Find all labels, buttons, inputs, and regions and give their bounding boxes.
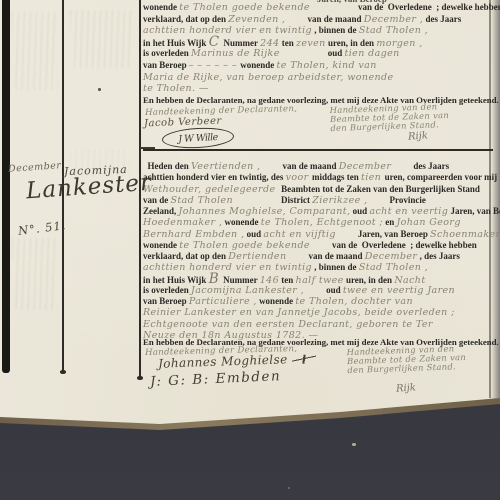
previous-record-text: wonende te Tholen goede bekendevan de Ov… [143,2,495,95]
printed-text: verklaard, dat op den [143,14,228,24]
printed-text: , binnen de [312,262,359,272]
text-line: verklaard, dat op den Dertiendenvan de m… [143,251,495,262]
margin-month: December [8,160,62,175]
text-line: is overleden Jacomijna Lankester ,oud tw… [143,285,495,296]
printed-text: in het Huis Wijk [143,275,209,285]
printed-text: uren, in den [326,38,377,48]
handwritten-text: Johan Georg [396,217,460,228]
printed-text: verklaard, dat op den [143,251,228,261]
handwritten-text: December , [364,14,423,25]
ink-bleed-through [12,12,58,90]
text-line: in het Huis Wijk B Nummer 146 ten half t… [143,274,495,285]
signature-caption-official: Handteekening van den Beambte tot de Zak… [330,102,450,133]
ink-bleed-through [70,10,132,68]
printed-text: middags ten [312,172,361,182]
handwritten-text: tien dagen [345,48,400,59]
margin-act-number: N°. 51. [17,218,67,238]
printed-text: en [383,217,397,227]
handwritten-text: Reinier Lankester en van Jannetje Jacobs… [143,307,455,318]
printed-text: oud [328,48,345,58]
official-signature: Rijk [396,382,417,394]
printed-text: Beambten tot de Zaken van den Burgerlijk… [279,184,480,194]
printed-text: oud [244,229,263,239]
handwritten-text: C [209,34,219,50]
printed-text: van de maand [282,161,338,171]
signature-flourish-oval: J W Wille [162,126,235,150]
text-line: Reinier Lankester en van Jannetje Jacobs… [143,307,495,318]
printed-text: oud [350,206,369,216]
current-record-text: Heden den Veertienden ,van de maand Dece… [143,161,495,341]
handwritten-text: twee en veertig Jaren [343,285,455,296]
handwritten-text: zeven [296,38,326,49]
dust-speck [352,443,356,446]
caption-line: den Burgerlijken Stand. [347,362,466,375]
text-line: achttien honderd vier en twintig , binne… [143,262,495,273]
handwritten-text: te Tholen goede bekende [179,240,310,251]
printed-text: des Jaars [413,161,449,171]
printed-text: van de maand [307,14,363,24]
handwritten-text: Hoedenmaker , [143,217,222,228]
printed-text: van de Overledene ; dewelke hebben [332,240,477,250]
text-line: Maria de Rijke, van beroep arbeidster, w… [143,72,495,84]
official-signature: Rijk [408,130,429,142]
handwritten-text: te Tholen, kind van [277,60,377,71]
handwritten-text: te Tholen, Echtgenoot ; [261,217,383,228]
printed-text: achttien honderd vier en twintig, des [143,172,286,182]
text-line: verklaard, dat op den Zevenden ,van de m… [143,14,495,26]
handwritten-text: – – – – – – [189,60,240,71]
text-line: van Beroep – – – – – – wonende te Tholen… [143,60,495,72]
printed-text: van Beroep [143,296,189,306]
printed-text: in het Huis Wijk [143,38,209,48]
handwritten-text: Maria de Rijke, van beroep arbeidster, w… [143,72,393,83]
caption-line: den Burgerlijken Stand. [330,120,449,133]
handwritten-text: acht en veertig [369,206,448,217]
printed-text: van de Overledene ; dewelke hebben [358,2,500,12]
handwritten-text: 244 [260,38,279,49]
printed-text: wonende [240,60,276,70]
printed-text: Provincie [390,195,426,205]
text-line: wonende te Tholen goede bekendevan de Ov… [143,2,495,14]
printed-text: wonende [257,296,296,306]
handwritten-text: achttien honderd vier en twintig [143,25,312,36]
printed-text: des Jaars [423,14,461,24]
printed-text: wonende [143,240,179,250]
text-line: van de Stad TholenDistrict Zierikzee ,Pr… [143,195,495,206]
handwritten-text: Zierikzee , [312,195,367,206]
record-divider-rule [143,149,493,152]
handwritten-text: Marinus de Rijke [191,48,280,59]
handwritten-text: Dertienden [228,251,286,262]
handwritten-text: Jacomijna Lankester , [191,285,304,296]
declarant-signature: J: G: B: Embden [150,368,282,390]
handwritten-text: Echtgenoote van den eersten Declarant, g… [143,319,433,330]
handwritten-text: Bernhard Embden , [143,229,244,240]
handwritten-text: Stad Tholen , [359,25,428,36]
handwritten-text: te Tholen. — [143,83,209,94]
printed-text: ten [279,38,296,48]
signature-caption-official: Handteekening van den Beambte tot de Zak… [347,344,467,375]
printed-text: is overleden [143,285,191,295]
printed-text: van Beroep [143,60,189,70]
printed-text: District [281,195,312,205]
printed-text: van de [143,195,171,205]
printed-text: oud [326,285,343,295]
handwritten-text: Zevenden , [228,14,285,25]
scan-background: December Jacomijna Lankester N°. 51. Jar… [0,0,500,500]
document-page: December Jacomijna Lankester N°. 51. Jar… [0,0,500,428]
margin-deceased-last-name: Lankester [25,170,153,205]
text-line: achttien honderd vier en twintig, des vo… [143,172,495,183]
ink-bleed-through [12,238,58,310]
text-line: wonende te Tholen goede bekendevan de Ov… [143,240,495,251]
printed-text: Jaren, van Beroep [358,229,430,239]
text-line: in het Huis Wijk C Nummer 244 ten zeven … [143,37,495,49]
handwritten-text: Wethouder, gedelegeerde [143,184,279,195]
handwritten-text: December [339,161,392,172]
printed-text: is overleden [143,48,191,58]
handwritten-text: te Tholen goede bekende [179,2,310,13]
text-line: Hoedenmaker , wonende te Tholen, Echtgen… [143,217,495,228]
printed-text: wonende [143,2,179,12]
text-line: is overleden Marinus de Rijkeoud tien da… [143,48,495,60]
signature-flourish [291,354,315,364]
handwritten-text: tien [361,172,385,183]
handwritten-text: Particuliere , [189,296,257,307]
printed-text: Nummer [219,275,260,285]
text-line: Wethouder, gedelegeerde Beambten tot de … [143,184,495,195]
binding-gutter-bar [2,0,10,373]
printed-text: ten [279,275,296,285]
ink-dot [98,88,101,91]
handwritten-text: December [365,251,418,262]
text-line: Echtgenoote van den eersten Declarant, g… [143,319,495,330]
handwritten-text: Veertienden , [191,161,260,172]
handwritten-text: Stad Tholen [171,195,233,206]
printed-text: , des Jaars [417,251,460,261]
printed-text: uren, in den [344,275,395,285]
handwritten-text: Johannes Moghielse, Comparant, [179,206,351,217]
handwritten-text: Schoenmaker , [430,229,500,240]
printed-text: Nummer [219,38,260,48]
handwritten-text: achttien honderd vier en twintig [143,262,312,273]
printed-text: uren, compareerden voor mij [385,172,497,182]
text-line: van Beroep Particuliere , wonende te Tho… [143,296,495,307]
printed-text: Jaren, van Beroep [448,206,500,216]
printed-text: wonende [222,217,261,227]
dust-speck [288,487,290,489]
printed-text: van de maand [308,251,364,261]
signature-text: J W Wille [178,131,218,144]
printed-text: , binnen de [312,25,359,35]
handwritten-text: morgen , [376,38,422,49]
text-line: achttien honderd vier en twintig , binne… [143,25,495,37]
handwritten-text: voor [286,172,312,183]
printed-text: Zeeland, [143,206,179,216]
handwritten-text: te Tholen, dochter van [295,296,413,307]
handwritten-text: Stad Tholen , [359,262,428,273]
handwritten-text: acht en vijftig [263,229,336,240]
text-line: te Tholen. — [143,83,495,95]
text-line: Zeeland, Johannes Moghielse, Comparant, … [143,206,495,217]
text-line: Heden den Veertienden ,van de maand Dece… [143,161,495,172]
text-line: Bernhard Embden , oud acht en vijftigJar… [143,229,495,240]
